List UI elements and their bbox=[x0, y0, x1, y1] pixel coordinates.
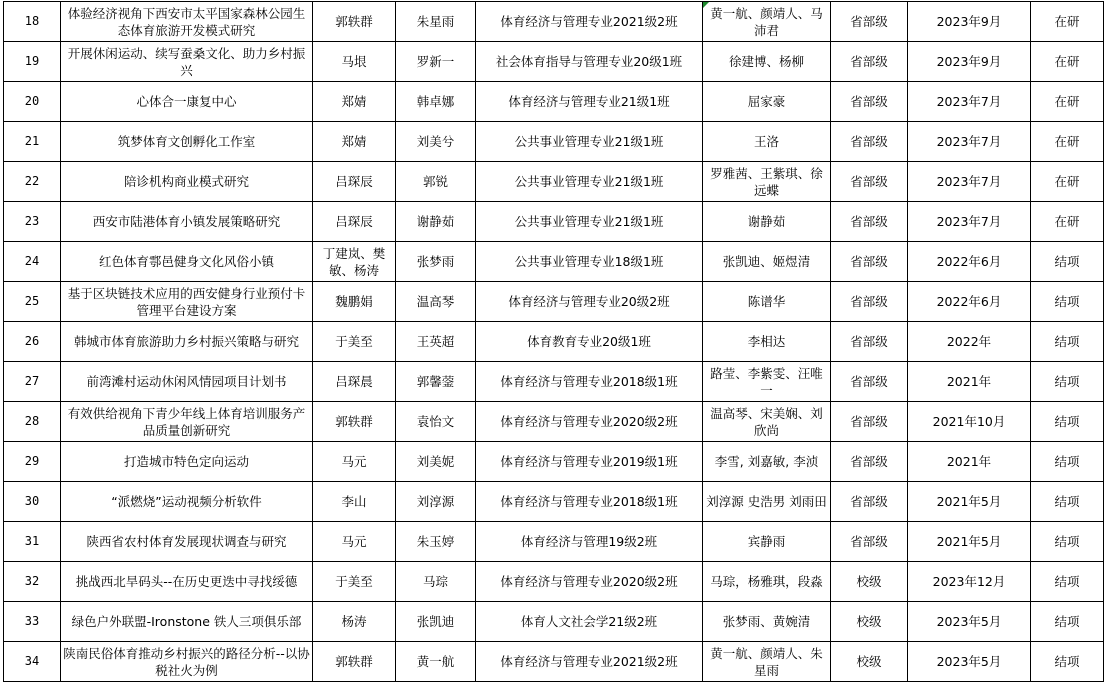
cell-class[interactable]: 公共事业管理专业21级1班 bbox=[476, 162, 703, 202]
cell-status[interactable]: 结项 bbox=[1031, 602, 1104, 642]
cell-members[interactable]: 张凯迪、姬煜清 bbox=[703, 242, 831, 282]
cell-status[interactable]: 在研 bbox=[1031, 162, 1104, 202]
cell-project-title[interactable]: 前湾滩村运动休闲风情园项目计划书 bbox=[61, 362, 313, 402]
cell-class[interactable]: 体育经济与管理19级2班 bbox=[476, 522, 703, 562]
cell-members[interactable]: 张梦雨、黄婉清 bbox=[703, 602, 831, 642]
cell-level[interactable]: 省部级 bbox=[831, 442, 908, 482]
cell-date[interactable]: 2023年7月 bbox=[908, 162, 1031, 202]
cell-advisor[interactable]: 马元 bbox=[313, 522, 396, 562]
cell-level[interactable]: 省部级 bbox=[831, 282, 908, 322]
cell-level[interactable]: 省部级 bbox=[831, 522, 908, 562]
cell-date[interactable]: 2023年9月 bbox=[908, 2, 1031, 42]
table-row: 19开展休闲运动、续写蚕桑文化、助力乡村振兴马垠罗新一社会体育指导与管理专业20… bbox=[4, 42, 1104, 82]
cell-advisor[interactable]: 于美至 bbox=[313, 322, 396, 362]
cell-advisor[interactable]: 丁建岚、樊敏、杨涛 bbox=[313, 242, 396, 282]
cell-level[interactable]: 校级 bbox=[831, 562, 908, 602]
cell-row-number[interactable]: 29 bbox=[4, 442, 61, 482]
table-row: 23西安市陆港体育小镇发展策略研究吕琛辰谢静茹公共事业管理专业21级1班谢静茹省… bbox=[4, 202, 1104, 242]
cell-row-number[interactable]: 18 bbox=[4, 2, 61, 42]
cell-row-number[interactable]: 28 bbox=[4, 402, 61, 442]
table-row: 21筑梦体育文创孵化工作室郑婧刘美兮公共事业管理专业21级1班王洛省部级2023… bbox=[4, 122, 1104, 162]
cell-level[interactable]: 省部级 bbox=[831, 42, 908, 82]
cell-status[interactable]: 结项 bbox=[1031, 322, 1104, 362]
cell-level[interactable]: 省部级 bbox=[831, 82, 908, 122]
cell-project-leader[interactable]: 朱玉婷 bbox=[396, 522, 476, 562]
table-row: 24红色体育鄠邑健身文化风俗小镇丁建岚、樊敏、杨涛张梦雨公共事业管理专业18级1… bbox=[4, 242, 1104, 282]
cell-status[interactable]: 在研 bbox=[1031, 202, 1104, 242]
cell-members[interactable]: 王洛 bbox=[703, 122, 831, 162]
cell-date[interactable]: 2023年7月 bbox=[908, 202, 1031, 242]
cell-members[interactable]: 黄一航、颜靖人、马沛君 bbox=[703, 2, 831, 42]
cell-status[interactable]: 在研 bbox=[1031, 2, 1104, 42]
cell-project-title[interactable]: 绿色户外联盟-Ironstone 铁人三项俱乐部 bbox=[61, 602, 313, 642]
table-row: 32挑战西北旱码头--在历史更迭中寻找绥德于美至马琮体育经济与管理专业2020级… bbox=[4, 562, 1104, 602]
cell-project-title[interactable]: 基于区块链技术应用的西安健身行业预付卡管理平台建设方案 bbox=[61, 282, 313, 322]
cell-level[interactable]: 省部级 bbox=[831, 2, 908, 42]
cell-date[interactable]: 2023年9月 bbox=[908, 42, 1031, 82]
cell-comment-marker bbox=[703, 2, 709, 8]
cell-project-leader[interactable]: 袁怡文 bbox=[396, 402, 476, 442]
cell-level[interactable]: 校级 bbox=[831, 642, 908, 682]
table-row: 28有效供给视角下青少年线上体育培训服务产品质量创新研究郭轶群袁怡文体育经济与管… bbox=[4, 402, 1104, 442]
cell-status[interactable]: 结项 bbox=[1031, 402, 1104, 442]
cell-class[interactable]: 公共事业管理专业21级1班 bbox=[476, 122, 703, 162]
table-row: 26韩城市体育旅游助力乡村振兴策略与研究于美至王英超体育教育专业20级1班李相达… bbox=[4, 322, 1104, 362]
cell-row-number[interactable]: 34 bbox=[4, 642, 61, 682]
cell-project-title[interactable]: 打造城市特色定向运动 bbox=[61, 442, 313, 482]
cell-row-number[interactable]: 33 bbox=[4, 602, 61, 642]
cell-project-leader[interactable]: 黄一航 bbox=[396, 642, 476, 682]
cell-project-title[interactable]: 挑战西北旱码头--在历史更迭中寻找绥德 bbox=[61, 562, 313, 602]
cell-level[interactable]: 省部级 bbox=[831, 202, 908, 242]
cell-members[interactable]: 陈谱华 bbox=[703, 282, 831, 322]
cell-status[interactable]: 结项 bbox=[1031, 282, 1104, 322]
cell-class[interactable]: 体育经济与管理专业2018级1班 bbox=[476, 482, 703, 522]
cell-project-leader[interactable]: 朱星雨 bbox=[396, 2, 476, 42]
cell-advisor[interactable]: 郭轶群 bbox=[313, 642, 396, 682]
cell-status[interactable]: 结项 bbox=[1031, 482, 1104, 522]
cell-advisor[interactable]: 魏鹏娟 bbox=[313, 282, 396, 322]
cell-class[interactable]: 体育经济与管理专业2021级2班 bbox=[476, 2, 703, 42]
cell-class[interactable]: 体育经济与管理专业2021级2班 bbox=[476, 642, 703, 682]
table-row: 33绿色户外联盟-Ironstone 铁人三项俱乐部杨涛张凯迪体育人文社会学21… bbox=[4, 602, 1104, 642]
cell-row-number[interactable]: 25 bbox=[4, 282, 61, 322]
cell-project-title[interactable]: 开展休闲运动、续写蚕桑文化、助力乡村振兴 bbox=[61, 42, 313, 82]
cell-project-leader[interactable]: 王英超 bbox=[396, 322, 476, 362]
cell-project-title[interactable]: 陕西省农村体育发展现状调查与研究 bbox=[61, 522, 313, 562]
cell-project-leader[interactable]: 马琮 bbox=[396, 562, 476, 602]
cell-level[interactable]: 校级 bbox=[831, 602, 908, 642]
cell-date[interactable]: 2023年5月 bbox=[908, 642, 1031, 682]
cell-class[interactable]: 社会体育指导与管理专业20级1班 bbox=[476, 42, 703, 82]
cell-class[interactable]: 体育经济与管理专业2020级2班 bbox=[476, 402, 703, 442]
cell-members[interactable]: 李相达 bbox=[703, 322, 831, 362]
cell-project-title[interactable]: 韩城市体育旅游助力乡村振兴策略与研究 bbox=[61, 322, 313, 362]
cell-date[interactable]: 2023年7月 bbox=[908, 82, 1031, 122]
cell-level[interactable]: 省部级 bbox=[831, 402, 908, 442]
cell-project-leader[interactable]: 罗新一 bbox=[396, 42, 476, 82]
cell-project-leader[interactable]: 刘美妮 bbox=[396, 442, 476, 482]
cell-members[interactable]: 徐建博、杨柳 bbox=[703, 42, 831, 82]
cell-advisor[interactable]: 于美至 bbox=[313, 562, 396, 602]
cell-date[interactable]: 2021年5月 bbox=[908, 522, 1031, 562]
cell-advisor[interactable]: 吕琛辰 bbox=[313, 202, 396, 242]
cell-class[interactable]: 公共事业管理专业21级1班 bbox=[476, 202, 703, 242]
cell-row-number[interactable]: 24 bbox=[4, 242, 61, 282]
cell-date[interactable]: 2023年12月 bbox=[908, 562, 1031, 602]
cell-project-leader[interactable]: 郭锐 bbox=[396, 162, 476, 202]
cell-project-leader[interactable]: 郭馨蓥 bbox=[396, 362, 476, 402]
cell-project-title[interactable]: 心体合一康复中心 bbox=[61, 82, 313, 122]
table-row: 18体验经济视角下西安市太平国家森林公园生态体育旅游开发模式研究郭轶群朱星雨体育… bbox=[4, 2, 1104, 42]
cell-status[interactable]: 结项 bbox=[1031, 522, 1104, 562]
cell-row-number[interactable]: 21 bbox=[4, 122, 61, 162]
cell-members[interactable]: 路莹、李紫雯、汪唯一 bbox=[703, 362, 831, 402]
cell-project-leader[interactable]: 张梦雨 bbox=[396, 242, 476, 282]
cell-advisor[interactable]: 郑婧 bbox=[313, 82, 396, 122]
cell-project-leader[interactable]: 温高琴 bbox=[396, 282, 476, 322]
cell-project-title[interactable]: 陕南民俗体育推动乡村振兴的路径分析--以协税社火为例 bbox=[61, 642, 313, 682]
cell-advisor[interactable]: 杨涛 bbox=[313, 602, 396, 642]
cell-date[interactable]: 2021年5月 bbox=[908, 482, 1031, 522]
cell-row-number[interactable]: 31 bbox=[4, 522, 61, 562]
cell-project-title[interactable]: 体验经济视角下西安市太平国家森林公园生态体育旅游开发模式研究 bbox=[61, 2, 313, 42]
cell-members[interactable]: 宾静雨 bbox=[703, 522, 831, 562]
cell-row-number[interactable]: 27 bbox=[4, 362, 61, 402]
cell-members[interactable]: 黄一航、颜靖人、朱星雨 bbox=[703, 642, 831, 682]
cell-advisor[interactable]: 马垠 bbox=[313, 42, 396, 82]
table-row: 27前湾滩村运动休闲风情园项目计划书吕琛晨郭馨蓥体育经济与管理专业2018级1班… bbox=[4, 362, 1104, 402]
cell-class[interactable]: 体育经济与管理专业2019级1班 bbox=[476, 442, 703, 482]
cell-status[interactable]: 在研 bbox=[1031, 122, 1104, 162]
cell-project-title[interactable]: 西安市陆港体育小镇发展策略研究 bbox=[61, 202, 313, 242]
cell-status[interactable]: 结项 bbox=[1031, 562, 1104, 602]
cell-class[interactable]: 体育经济与管理专业20级2班 bbox=[476, 282, 703, 322]
cell-class[interactable]: 体育人文社会学21级2班 bbox=[476, 602, 703, 642]
cell-status[interactable]: 在研 bbox=[1031, 82, 1104, 122]
cell-members[interactable]: 李雪, 刘嘉敏, 李浈 bbox=[703, 442, 831, 482]
cell-level[interactable]: 省部级 bbox=[831, 482, 908, 522]
cell-members[interactable]: 马琮，杨雅琪，段淼 bbox=[703, 562, 831, 602]
cell-project-leader[interactable]: 韩卓娜 bbox=[396, 82, 476, 122]
project-table: 18体验经济视角下西安市太平国家森林公园生态体育旅游开发模式研究郭轶群朱星雨体育… bbox=[3, 1, 1104, 682]
cell-row-number[interactable]: 20 bbox=[4, 82, 61, 122]
cell-date[interactable]: 2021年 bbox=[908, 442, 1031, 482]
cell-date[interactable]: 2021年10月 bbox=[908, 402, 1031, 442]
cell-level[interactable]: 省部级 bbox=[831, 322, 908, 362]
cell-advisor[interactable]: 郑婧 bbox=[313, 122, 396, 162]
cell-members[interactable]: 罗雅茜、王紫琪、徐远蝶 bbox=[703, 162, 831, 202]
cell-project-leader[interactable]: 谢静茹 bbox=[396, 202, 476, 242]
cell-level[interactable]: 省部级 bbox=[831, 362, 908, 402]
cell-advisor[interactable]: 马元 bbox=[313, 442, 396, 482]
cell-level[interactable]: 省部级 bbox=[831, 242, 908, 282]
table-row: 22陪诊机构商业模式研究吕琛辰郭锐公共事业管理专业21级1班罗雅茜、王紫琪、徐远… bbox=[4, 162, 1104, 202]
cell-members[interactable]: 屈家豪 bbox=[703, 82, 831, 122]
table-row: 25基于区块链技术应用的西安健身行业预付卡管理平台建设方案魏鹏娟温高琴体育经济与… bbox=[4, 282, 1104, 322]
cell-project-leader[interactable]: 刘淳源 bbox=[396, 482, 476, 522]
cell-row-number[interactable]: 22 bbox=[4, 162, 61, 202]
cell-date[interactable]: 2022年6月 bbox=[908, 242, 1031, 282]
cell-members[interactable]: 刘淳源 史浩男 刘雨田 bbox=[703, 482, 831, 522]
cell-class[interactable]: 体育经济与管理专业2018级1班 bbox=[476, 362, 703, 402]
cell-members[interactable]: 谢静茹 bbox=[703, 202, 831, 242]
cell-project-title[interactable]: 有效供给视角下青少年线上体育培训服务产品质量创新研究 bbox=[61, 402, 313, 442]
cell-advisor[interactable]: 郭轶群 bbox=[313, 402, 396, 442]
cell-status[interactable]: 结项 bbox=[1031, 362, 1104, 402]
table-row: 30“派燃烧”运动视频分析软件李山刘淳源体育经济与管理专业2018级1班刘淳源 … bbox=[4, 482, 1104, 522]
cell-date[interactable]: 2023年7月 bbox=[908, 122, 1031, 162]
cell-members[interactable]: 温高琴、宋美娴、刘欣尚 bbox=[703, 402, 831, 442]
table-row: 20心体合一康复中心郑婧韩卓娜体育经济与管理专业21级1班屈家豪省部级2023年… bbox=[4, 82, 1104, 122]
cell-date[interactable]: 2021年 bbox=[908, 362, 1031, 402]
cell-project-title[interactable]: 筑梦体育文创孵化工作室 bbox=[61, 122, 313, 162]
cell-class[interactable]: 体育经济与管理专业21级1班 bbox=[476, 82, 703, 122]
cell-date[interactable]: 2022年6月 bbox=[908, 282, 1031, 322]
cell-project-leader[interactable]: 张凯迪 bbox=[396, 602, 476, 642]
table-row: 34陕南民俗体育推动乡村振兴的路径分析--以协税社火为例郭轶群黄一航体育经济与管… bbox=[4, 642, 1104, 682]
cell-advisor[interactable]: 李山 bbox=[313, 482, 396, 522]
cell-class[interactable]: 公共事业管理专业18级1班 bbox=[476, 242, 703, 282]
cell-row-number[interactable]: 19 bbox=[4, 42, 61, 82]
cell-project-leader[interactable]: 刘美兮 bbox=[396, 122, 476, 162]
cell-level[interactable]: 省部级 bbox=[831, 122, 908, 162]
table-row: 29打造城市特色定向运动马元刘美妮体育经济与管理专业2019级1班李雪, 刘嘉敏… bbox=[4, 442, 1104, 482]
cell-class[interactable]: 体育教育专业20级1班 bbox=[476, 322, 703, 362]
cell-status[interactable]: 在研 bbox=[1031, 42, 1104, 82]
cell-row-number[interactable]: 32 bbox=[4, 562, 61, 602]
cell-date[interactable]: 2022年 bbox=[908, 322, 1031, 362]
cell-project-title[interactable]: “派燃烧”运动视频分析软件 bbox=[61, 482, 313, 522]
table-row: 31陕西省农村体育发展现状调查与研究马元朱玉婷体育经济与管理19级2班宾静雨省部… bbox=[4, 522, 1104, 562]
cell-project-title[interactable]: 陪诊机构商业模式研究 bbox=[61, 162, 313, 202]
cell-advisor[interactable]: 郭轶群 bbox=[313, 2, 396, 42]
cell-status[interactable]: 结项 bbox=[1031, 242, 1104, 282]
cell-advisor[interactable]: 吕琛晨 bbox=[313, 362, 396, 402]
cell-status[interactable]: 结项 bbox=[1031, 642, 1104, 682]
cell-project-title[interactable]: 红色体育鄠邑健身文化风俗小镇 bbox=[61, 242, 313, 282]
cell-row-number[interactable]: 23 bbox=[4, 202, 61, 242]
cell-row-number[interactable]: 26 bbox=[4, 322, 61, 362]
cell-row-number[interactable]: 30 bbox=[4, 482, 61, 522]
cell-class[interactable]: 体育经济与管理专业2020级2班 bbox=[476, 562, 703, 602]
cell-status[interactable]: 结项 bbox=[1031, 442, 1104, 482]
cell-advisor[interactable]: 吕琛辰 bbox=[313, 162, 396, 202]
cell-level[interactable]: 省部级 bbox=[831, 162, 908, 202]
cell-date[interactable]: 2023年5月 bbox=[908, 602, 1031, 642]
